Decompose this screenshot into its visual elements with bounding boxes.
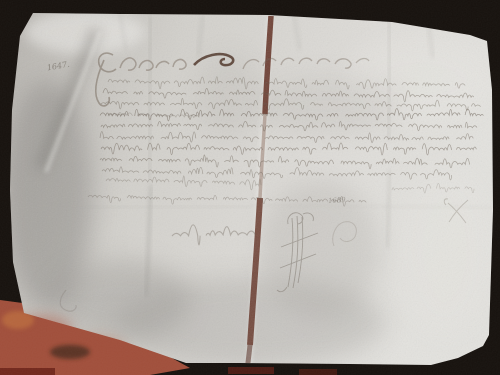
manuscript-photo-svg: 1647. 1689 . 8 . [0, 0, 500, 375]
photo-of-manuscript: 1647. 1689 . 8 . [0, 0, 500, 375]
photo-grain-texture [0, 0, 500, 375]
